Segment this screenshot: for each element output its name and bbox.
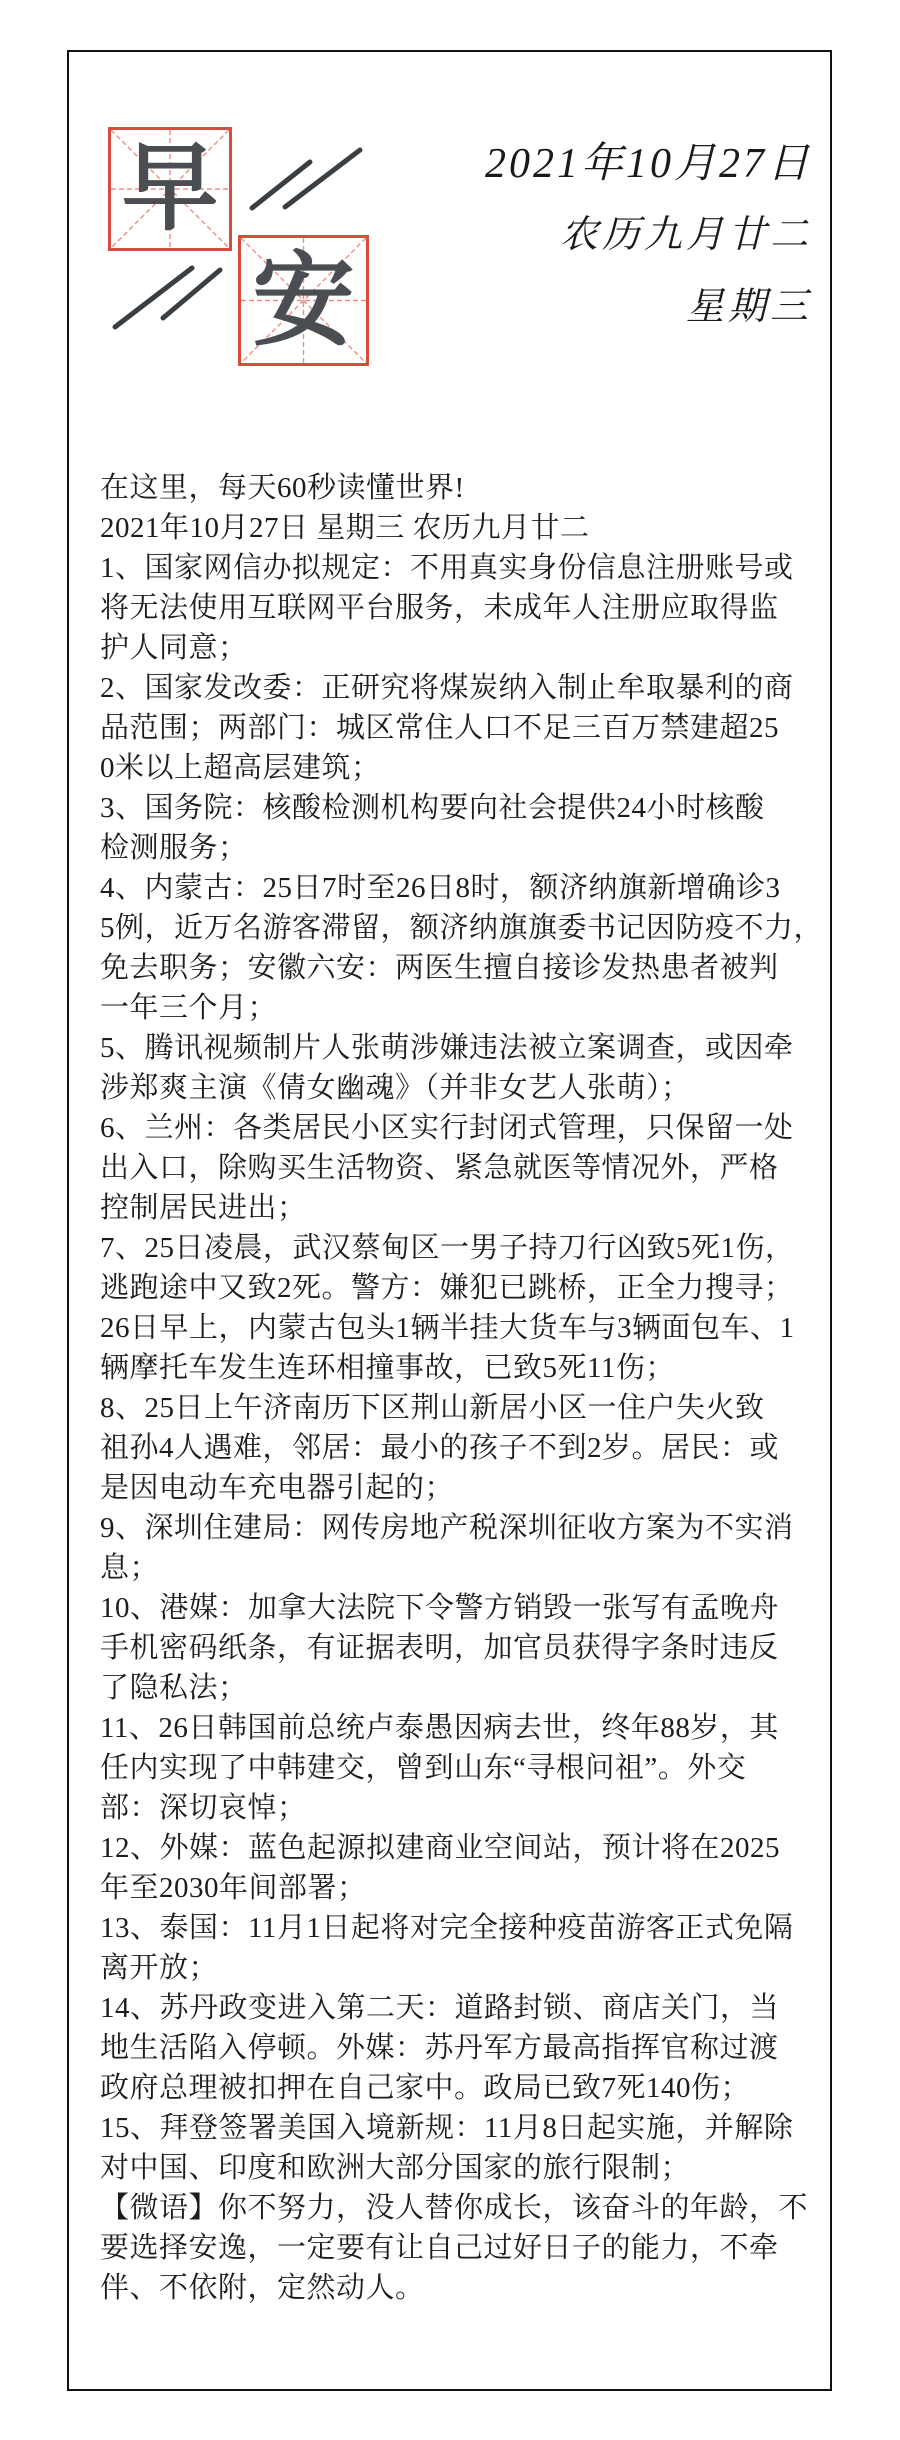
news-line: 2021年10月27日 星期三 农历九月廿二: [100, 508, 832, 548]
date-line: 2021年10月27日: [392, 138, 812, 190]
news-line: 7、25日凌晨，武汉蔡甸区一男子持刀行凶致5死1伤，: [100, 1228, 832, 1268]
news-line: 11、26日韩国前总统卢泰愚因病去世，终年88岁，其: [100, 1708, 832, 1748]
news-line: 涉郑爽主演《倩女幽魂》（并非女艺人张萌）；: [100, 1068, 832, 1108]
news-line: 护人同意；: [100, 628, 832, 668]
news-line: 15、拜登签署美国入境新规：11月8日起实施，并解除: [100, 2108, 832, 2148]
weekday-line: 星期三: [392, 282, 812, 332]
news-line: 12、外媒：蓝色起源拟建商业空间站，预计将在2025: [100, 1828, 832, 1868]
news-line: 政府总理被扣押在自己家中。政局已致7死140伤；: [100, 2068, 832, 2108]
lunar-line: 农历九月廿二: [392, 210, 812, 260]
news-line: 是因电动车充电器引起的；: [100, 1468, 832, 1508]
news-line: 控制居民进出；: [100, 1188, 832, 1228]
news-line: 0米以上超高层建筑；: [100, 748, 832, 788]
news-line: 5、腾讯视频制片人张萌涉嫌违法被立案调查，或因牵: [100, 1028, 832, 1068]
news-line: 品范围；两部门：城区常住人口不足三百万禁建超25: [100, 708, 832, 748]
news-line: 5例，近万名游客滞留，额济纳旗旗委书记因防疫不力，: [100, 908, 832, 948]
news-line: 将无法使用互联网平台服务，未成年人注册应取得监: [100, 588, 832, 628]
news-line: 4、内蒙古：25日7时至26日8时，额济纳旗新增确诊3: [100, 868, 832, 908]
logo-char-an: 安: [253, 250, 355, 352]
news-line: 要选择安逸，一定要有让自己过好日子的能力，不牵: [100, 2228, 832, 2268]
news-line: 免去职务；安徽六安：两医生擅自接诊发热患者被判: [100, 948, 832, 988]
news-line: 1、国家网信办拟规定：不用真实身份信息注册账号或: [100, 548, 832, 588]
news-body: 在这里，每天60秒读懂世界!2021年10月27日 星期三 农历九月廿二1、国家…: [100, 468, 832, 2308]
logo-char-zao: 早: [122, 141, 218, 237]
news-line: 年至2030年间部署；: [100, 1868, 832, 1908]
news-line: 13、泰国：11月1日起将对完全接种疫苗游客正式免隔: [100, 1908, 832, 1948]
news-line: 辆摩托车发生连环相撞事故，已致5死11伤；: [100, 1348, 832, 1388]
news-line: 3、国务院：核酸检测机构要向社会提供24小时核酸: [100, 788, 832, 828]
news-line: 伴、不依附，定然动人。: [100, 2268, 832, 2308]
news-line: 6、兰州：各类居民小区实行封闭式管理，只保留一处: [100, 1108, 832, 1148]
news-line: 一年三个月；: [100, 988, 832, 1028]
news-line: 祖孙4人遇难，邻居：最小的孩子不到2岁。居民：或: [100, 1428, 832, 1468]
header-date-block: 2021年10月27日 农历九月廿二 星期三: [392, 138, 812, 332]
news-line: 出入口，除购买生活物资、紧急就医等情况外，严格: [100, 1148, 832, 1188]
logo-box-an: 安: [238, 235, 369, 366]
news-line: 14、苏丹政变进入第二天：道路封锁、商店关门，当: [100, 1988, 832, 2028]
news-line: 9、深圳住建局：网传房地产税深圳征收方案为不实消: [100, 1508, 832, 1548]
news-line: 地生活陷入停顿。外媒：苏丹军方最高指挥官称过渡: [100, 2028, 832, 2068]
news-line: 26日早上，内蒙古包头1辆半挂大货车与3辆面包车、1: [100, 1308, 832, 1348]
news-line: 息；: [100, 1548, 832, 1588]
news-line: 8、25日上午济南历下区荆山新居小区一住户失火致: [100, 1388, 832, 1428]
news-line: 2、国家发改委：正研究将煤炭纳入制止牟取暴利的商: [100, 668, 832, 708]
news-line: 了隐私法；: [100, 1668, 832, 1708]
news-line: 【微语】你不努力，没人替你成长，该奋斗的年龄，不: [100, 2188, 832, 2228]
news-line: 手机密码纸条，有证据表明，加官员获得字条时违反: [100, 1628, 832, 1668]
news-line: 检测服务；: [100, 828, 832, 868]
news-line: 任内实现了中韩建交，曾到山东“寻根问祖”。外交: [100, 1748, 832, 1788]
news-line: 10、港媒：加拿大法院下令警方销毁一张写有孟晚舟: [100, 1588, 832, 1628]
news-line: 离开放；: [100, 1948, 832, 1988]
logo-box-zao: 早: [108, 127, 232, 251]
news-line: 部：深切哀悼；: [100, 1788, 832, 1828]
news-line: 在这里，每天60秒读懂世界!: [100, 468, 832, 508]
news-line: 逃跑途中又致2死。警方：嫌犯已跳桥，正全力搜寻；: [100, 1268, 832, 1308]
morning-news-poster: 早 安 2021年10月27日 农历九月廿二 星期三 在这里，每天60秒读懂世界…: [0, 0, 900, 2440]
news-line: 对中国、印度和欧洲大部分国家的旅行限制；: [100, 2148, 832, 2188]
